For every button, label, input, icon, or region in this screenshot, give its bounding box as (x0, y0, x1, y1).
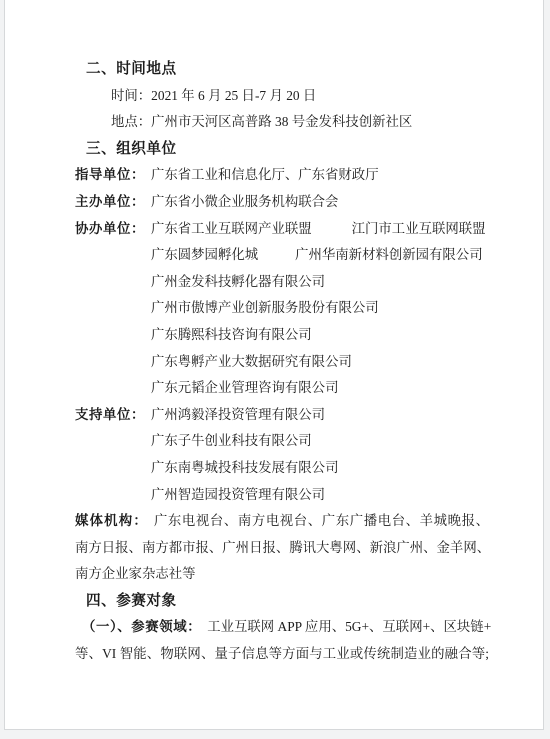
document-content: 二、时间地点 时间：2021 年 6 月 25 日-7 月 20 日 地点：广州… (5, 56, 545, 668)
field-line-1: （一）、参赛领域：工业互联网 APP 应用、5G+、互联网+、区块链+ (82, 614, 489, 641)
section-heading-organizers: 三、组织单位 (86, 136, 545, 163)
supporter-label: 支持单位： (75, 407, 145, 422)
co-organizer-label: 协办单位： (75, 221, 145, 236)
field-line-2: 等、VI 智能、物联网、量子信息等方面与工业或传统制造业的融合等; (75, 641, 489, 668)
media-list-part: 广东电视台、南方电视台、广东广播电台、羊城晚报、 (154, 513, 489, 528)
time-line: 时间：2021 年 6 月 25 日-7 月 20 日 (111, 83, 545, 110)
host-unit-value: 广东省小微企业服务机构联合会 (151, 194, 338, 209)
co-organizer-item: 广东粤孵产业大数据研究有限公司 (151, 349, 545, 376)
co-organizer-item: 广东元韬企业管理咨询有限公司 (151, 375, 545, 402)
time-value: 2021 年 6 月 25 日-7 月 20 日 (151, 88, 316, 103)
guidance-unit-value: 广东省工业和信息化厅、广东省财政厅 (151, 167, 379, 182)
location-line: 地点：广州市天河区高普路 38 号金发科技创新社区 (111, 109, 545, 136)
co-organizer-item: 江门市工业互联网联盟 (352, 221, 486, 236)
field-label: （一）、参赛领域： (82, 619, 201, 634)
co-organizer-line-2: 广东圆梦园孵化城广州华南新材料创新园有限公司 (151, 242, 545, 269)
co-organizer-item: 广东省工业互联网产业联盟 (151, 221, 312, 236)
section-heading-participants: 四、参赛对象 (86, 588, 545, 615)
supporter-line-1: 支持单位：广州鸿毅泽投资管理有限公司 (75, 402, 545, 429)
supporter-item: 广东南粤城投科技发展有限公司 (151, 455, 545, 482)
supporter-item: 广东子牛创业科技有限公司 (151, 428, 545, 455)
co-organizer-item: 广州市傲博产业创新服务股份有限公司 (151, 295, 545, 322)
media-line-1: 媒体机构：广东电视台、南方电视台、广东广播电台、羊城晚报、 (75, 508, 489, 535)
location-value: 广州市天河区高普路 38 号金发科技创新社区 (151, 114, 412, 129)
host-unit-label: 主办单位： (75, 194, 145, 209)
field-value-part: 工业互联网 APP 应用、5G+、互联网+、区块链+ (207, 619, 491, 634)
media-line-3: 南方企业家杂志社等 (75, 561, 545, 588)
host-unit-line: 主办单位：广东省小微企业服务机构联合会 (75, 189, 545, 216)
section-heading-time-location: 二、时间地点 (86, 56, 545, 83)
media-line-2: 南方日报、南方都市报、广州日报、腾讯大粤网、新浪广州、金羊网、 (75, 535, 489, 562)
co-organizer-line-1: 协办单位：广东省工业互联网产业联盟江门市工业互联网联盟 (75, 216, 545, 243)
supporter-item: 广州智造园投资管理有限公司 (151, 482, 545, 509)
location-label: 地点： (111, 114, 151, 129)
time-label: 时间： (111, 88, 151, 103)
guidance-unit-line: 指导单位：广东省工业和信息化厅、广东省财政厅 (75, 162, 545, 189)
guidance-unit-label: 指导单位： (75, 167, 145, 182)
co-organizer-item: 广州华南新材料创新园有限公司 (295, 247, 482, 262)
document-page: 二、时间地点 时间：2021 年 6 月 25 日-7 月 20 日 地点：广州… (4, 0, 544, 730)
co-organizer-item: 广州金发科技孵化器有限公司 (151, 269, 545, 296)
co-organizer-item: 广东圆梦园孵化城 (151, 247, 258, 262)
media-label: 媒体机构： (75, 513, 148, 528)
co-organizer-item: 广东腾熙科技咨询有限公司 (151, 322, 545, 349)
supporter-item: 广州鸿毅泽投资管理有限公司 (151, 407, 325, 422)
